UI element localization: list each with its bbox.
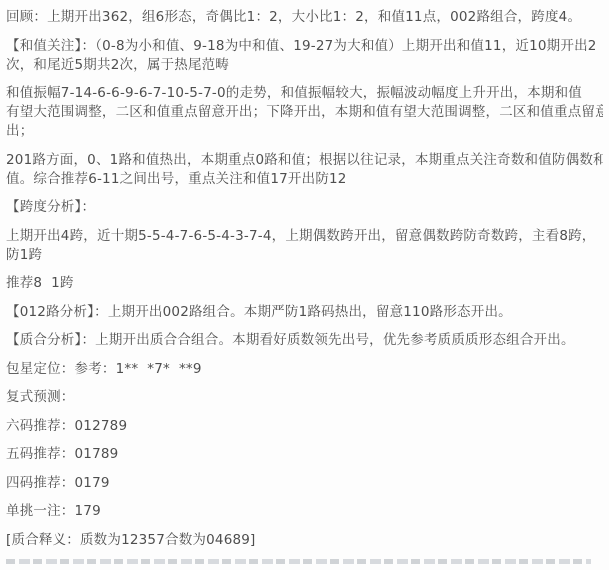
paragraph-six-code-recommend: 六码推荐：012789: [6, 417, 603, 436]
paragraph-span-detail: 上期开出4跨，近十期5-5-4-7-6-5-4-3-7-4，上期偶数跨开出，留意…: [6, 227, 603, 265]
paragraph-route-201: 201路方面，0、1路和值热出，本期重点0路和值；根据以往记录，本期重点关注奇数…: [6, 151, 603, 189]
paragraph-five-code-recommend: 五码推荐：01789: [6, 445, 603, 464]
paragraph-recap: 回顾：上期开出362，组6形态，奇偶比1：2，大小比1：2，和值11点，002路…: [6, 8, 603, 27]
paragraph-sum-amplitude: 和值振幅7-14-6-6-9-6-7-10-5-7-0的走势，和值振幅较大，振幅…: [6, 84, 603, 141]
lottery-analysis-article: 回顾：上期开出362，组6形态，奇偶比1：2，大小比1：2，和值11点，002路…: [0, 0, 609, 564]
clipped-next-line: [6, 559, 591, 564]
heading-span-analysis: 【跨度分析】：: [6, 198, 603, 217]
paragraph-single-pick: 单挑一注：179: [6, 502, 603, 521]
heading-fushi-forecast: 复式预测：: [6, 388, 603, 407]
paragraph-sum-focus: 【和值关注】：（0-8为小和值、9-18为中和值、19-27为大和值）上期开出和…: [6, 37, 603, 75]
paragraph-route-012-analysis: 【012路分析】：上期开出002路组合。本期严防1路码热出，留意110路形态开出…: [6, 303, 603, 322]
paragraph-four-code-recommend: 四码推荐：0179: [6, 474, 603, 493]
paragraph-prime-composite-analysis: 【质合分析】：上期开出质合合组合。本期看好质数领先出号，优先参考质质质形态组合开…: [6, 331, 603, 350]
paragraph-span-recommend: 推荐8 1跨: [6, 274, 603, 293]
paragraph-star-position: 包星定位：参考：1** *7* **9: [6, 360, 603, 379]
paragraph-prime-composite-note: [质合释义：质数为12357合数为04689]: [6, 531, 603, 550]
